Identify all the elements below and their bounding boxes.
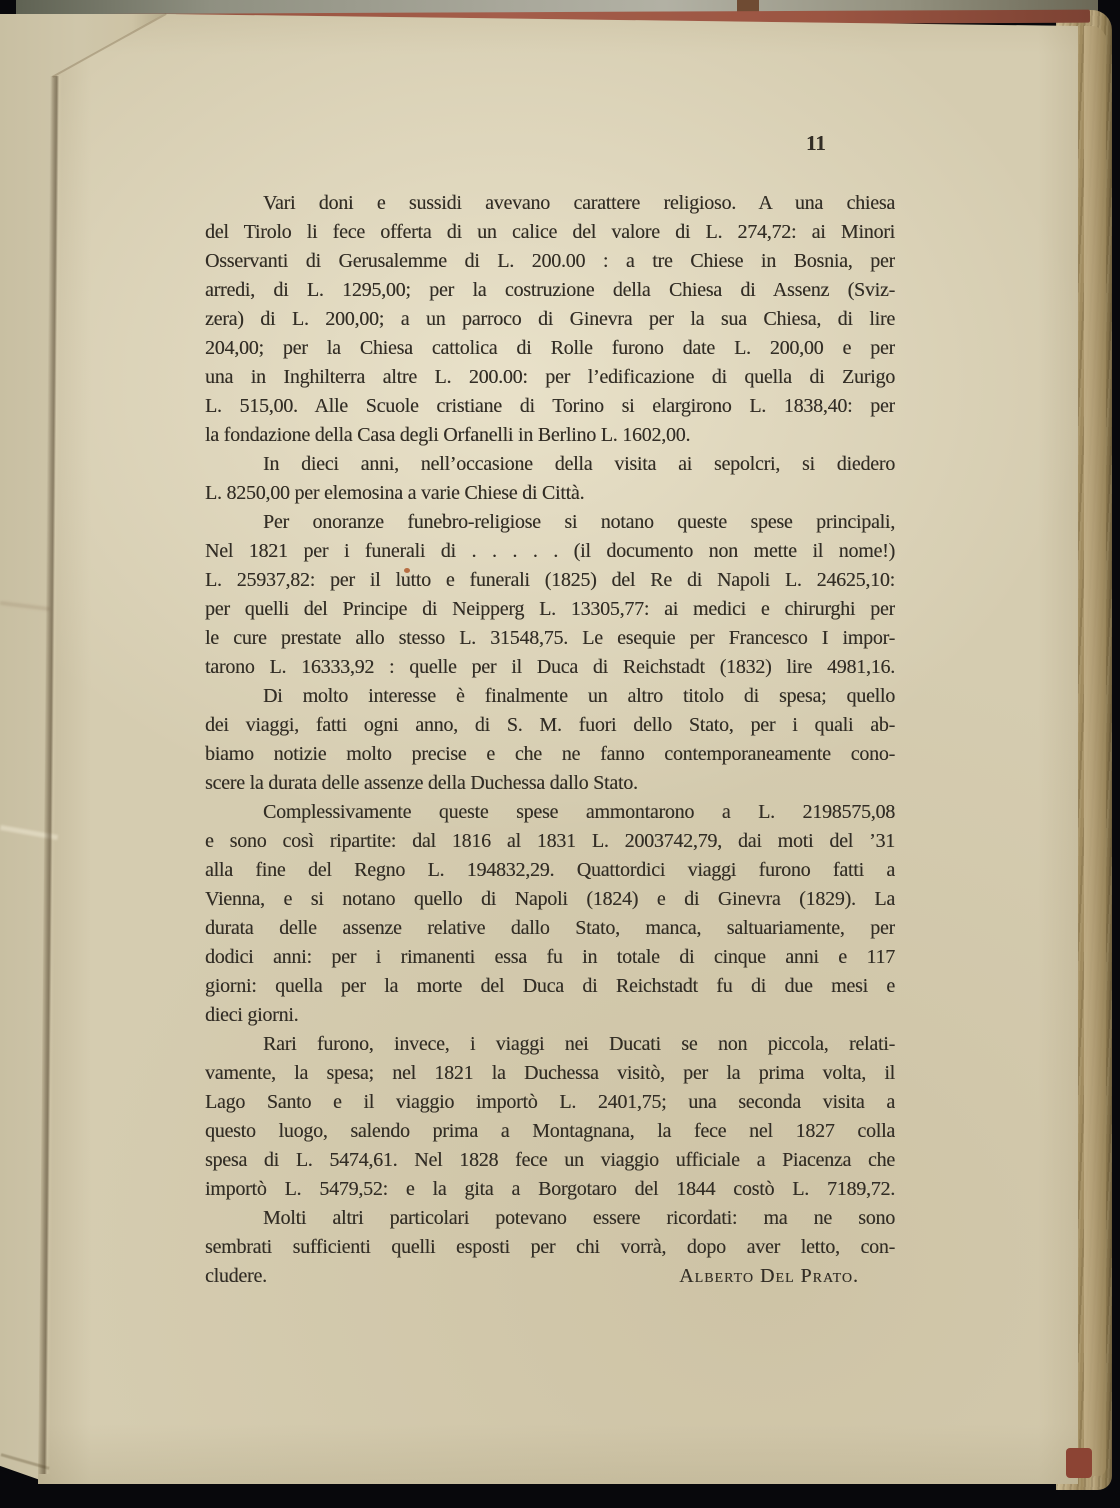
text-line: tarono L. 16333,92 : quelle per il Duca … [205,653,895,682]
paragraph: Molti altri particolari potevano essere … [205,1204,895,1291]
text-line: giorni: quella per la morte del Duca di … [205,972,895,1001]
text-line: scere la durata delle assenze della Duch… [205,769,895,798]
text-line: durata delle assenze relative dallo Stat… [205,914,895,943]
text-line: dieci giorni. [205,1001,895,1030]
text-line: Complessivamente queste spese ammontaron… [205,798,895,827]
text-line: In dieci anni, nell’occasione della visi… [205,450,895,479]
cover-corner-patch [1066,1448,1092,1478]
text-line: cludere.Alberto Del Prato. [205,1262,895,1291]
text-line: e sono così ripartite: dal 1816 al 1831 … [205,827,895,856]
text-line: spesa di L. 5474,61. Nel 1828 fece un vi… [205,1146,895,1175]
paragraph: Per onoranze funebro-religiose si notano… [205,508,895,682]
text-line: Rari furono, invece, i viaggi nei Ducati… [205,1030,895,1059]
text-line: L. 515,00. Alle Scuole cristiane di Tori… [205,392,895,421]
text-line: L. 25937,82: per il lutto e funerali (18… [205,566,895,595]
text-line: Vari doni e sussidi avevano carattere re… [205,189,895,218]
text-line: Vienna, e si notano quello di Napoli (18… [205,885,895,914]
text-line: zera) di L. 200,00; a un parroco di Gine… [205,305,895,334]
closing-word: cludere. [205,1262,267,1291]
paragraph: Vari doni e sussidi avevano carattere re… [205,189,895,450]
text-line: del Tirolo li fece offerta di un calice … [205,218,895,247]
text-line: le cure prestate allo stesso L. 31548,75… [205,624,895,653]
paragraph: In dieci anni, nell’occasione della visi… [205,450,895,508]
text-line: una in Inghilterra altre L. 200.00: per … [205,363,895,392]
page-stack-sheet [1084,26,1106,1476]
text-line: questo luogo, salendo prima a Montagnana… [205,1117,895,1146]
text-line: L. 8250,00 per elemosina a varie Chiese … [205,479,895,508]
text-line: importò L. 5479,52: e la gita a Borgotar… [205,1175,895,1204]
text-line: dodici anni: per i rimanenti essa fu in … [205,943,895,972]
text-line: Lago Santo e il viaggio importò L. 2401,… [205,1088,895,1117]
text-line: alla fine del Regno L. 194832,29. Quatto… [205,856,895,885]
text-line: la fondazione della Casa degli Orfanelli… [205,421,895,450]
author-signature: Alberto Del Prato. [679,1262,859,1291]
text-line: Di molto interesse è finalmente un altro… [205,682,895,711]
page-number: 11 [806,131,850,156]
paragraph: Rari furono, invece, i viaggi nei Ducati… [205,1030,895,1204]
text-line: per quelli del Principe di Neipperg L. 1… [205,595,895,624]
text-line: Nel 1821 per i funerali di . . . . . (il… [205,537,895,566]
text-line: dei viaggi, fatti ogni anno, di S. M. fu… [205,711,895,740]
text-line: sembrati sufficienti quelli esposti per … [205,1233,895,1262]
text-block: Vari doni e sussidi avevano carattere re… [205,189,895,1291]
paragraph: Di molto interesse è finalmente un altro… [205,682,895,798]
text-line: 204,00; per la Chiesa cattolica di Rolle… [205,334,895,363]
paragraph: Complessivamente queste spese ammontaron… [205,798,895,1030]
text-line: Osservanti di Gerusalemme di L. 200.00 :… [205,247,895,276]
text-line: Molti altri particolari potevano essere … [205,1204,895,1233]
text-line: vamente, la spesa; nel 1821 la Duchessa … [205,1059,895,1088]
text-line: arredi, di L. 1295,00; per la costruzion… [205,276,895,305]
text-line: biamo notizie molto precise e che ne fan… [205,740,895,769]
scan-speck [404,568,410,573]
text-line: Per onoranze funebro-religiose si notano… [205,508,895,537]
screenshot-root: 11 Vari doni e sussidi avevano carattere… [0,0,1120,1508]
